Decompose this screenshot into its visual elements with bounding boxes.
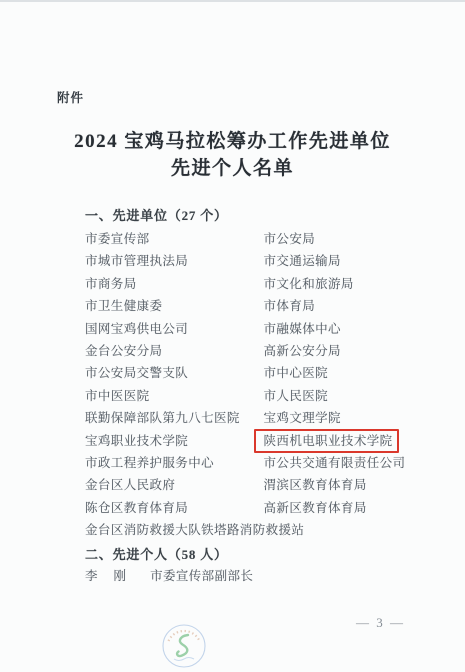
document-title-line2: 先进个人名单 — [0, 155, 465, 182]
document-title-line1: 2024 宝鸡马拉松筹办工作先进单位 — [0, 128, 465, 155]
unit-name: 金台公安分局 — [85, 340, 260, 362]
unit-row: 市公安局交警支队 市中心医院 — [85, 362, 435, 384]
unit-name: 市交通运输局 — [264, 250, 341, 272]
section-heading-advanced-units: 一、先进单位（27 个） — [85, 205, 228, 224]
unit-name: 联勤保障部队第九八七医院 — [85, 407, 260, 429]
unit-name: 陈仓区教育体育局 — [85, 497, 260, 519]
unit-row: 市中医医院 市人民医院 — [85, 385, 435, 407]
unit-name-highlighted-red-box: 陕西机电职业技术学院 — [264, 430, 393, 452]
unit-row: 陈仓区教育体育局 高新区教育体育局 — [85, 497, 435, 519]
unit-name: 国网宝鸡供电公司 — [85, 318, 260, 340]
unit-row: 国网宝鸡供电公司 市融媒体中心 — [85, 318, 435, 340]
unit-row: 市商务局 市文化和旅游局 — [85, 273, 435, 295]
unit-name: 市卫生健康委 — [85, 295, 260, 317]
unit-name: 市中医医院 — [85, 385, 260, 407]
unit-name: 金台区消防救援大队铁塔路消防救援站 — [85, 523, 304, 537]
unit-name: 市体育局 — [264, 295, 316, 317]
individual-title: 市委宣传部副部长 — [150, 569, 253, 583]
attachment-label: 附件 — [57, 88, 84, 106]
unit-row: 金台区人民政府 渭滨区教育体育局 — [85, 474, 435, 496]
unit-row-full-width: 金台区消防救援大队铁塔路消防救援站 — [85, 519, 435, 541]
unit-row: 市政工程养护服务中心 市公共交通有限责任公司 — [85, 452, 435, 474]
unit-name: 渭滨区教育体育局 — [264, 474, 367, 496]
scan-edge-artifact — [0, 0, 465, 2]
individual-entry: 李 刚 市委宣传部副部长 — [85, 567, 253, 585]
document-title: 2024 宝鸡马拉松筹办工作先进单位 先进个人名单 — [0, 128, 465, 182]
scanned-document-page: { "page": { "attachment_label": "附件", "p… — [0, 0, 465, 672]
unit-name: 宝鸡文理学院 — [264, 407, 341, 429]
unit-row: 金台公安分局 高新公安分局 — [85, 340, 435, 362]
unit-name: 市人民医院 — [264, 385, 329, 407]
unit-name: 市公共交通有限责任公司 — [264, 452, 406, 474]
unit-row: 联勤保障部队第九八七医院 宝鸡文理学院 — [85, 407, 435, 429]
unit-name: 市公安局 — [264, 228, 316, 250]
unit-row: 宝鸡职业技术学院 陕西机电职业技术学院 — [85, 430, 435, 452]
individual-surname: 李 — [85, 567, 110, 585]
page-number: — 3 — — [356, 615, 405, 631]
section-heading-advanced-individuals: 二、先进个人（58 人） — [85, 544, 228, 563]
unit-name: 金台区人民政府 — [85, 474, 260, 496]
unit-name: 宝鸡职业技术学院 — [85, 430, 260, 452]
unit-name: 高新公安分局 — [264, 340, 341, 362]
individual-given-name: 刚 — [114, 567, 147, 585]
unit-name: 市文化和旅游局 — [264, 273, 354, 295]
unit-name: 市融媒体中心 — [264, 318, 341, 340]
unit-row: 市委宣传部 市公安局 — [85, 228, 435, 250]
unit-name: 市商务局 — [85, 273, 260, 295]
unit-name: 高新区教育体育局 — [264, 497, 367, 519]
unit-row: 市城市管理执法局 市交通运输局 — [85, 250, 435, 272]
unit-name: 市公安局交警支队 — [85, 362, 260, 384]
unit-name: 市政工程养护服务中心 — [85, 452, 260, 474]
advanced-units-list: 市委宣传部 市公安局 市城市管理执法局 市交通运输局 市商务局 市文化和旅游局 … — [85, 228, 435, 541]
unit-name: 市城市管理执法局 — [85, 250, 260, 272]
unit-name: 市委宣传部 — [85, 228, 260, 250]
unit-row: 市卫生健康委 市体育局 — [85, 295, 435, 317]
unit-name: 市中心医院 — [264, 362, 329, 384]
circular-seal-watermark-icon — [161, 620, 207, 672]
